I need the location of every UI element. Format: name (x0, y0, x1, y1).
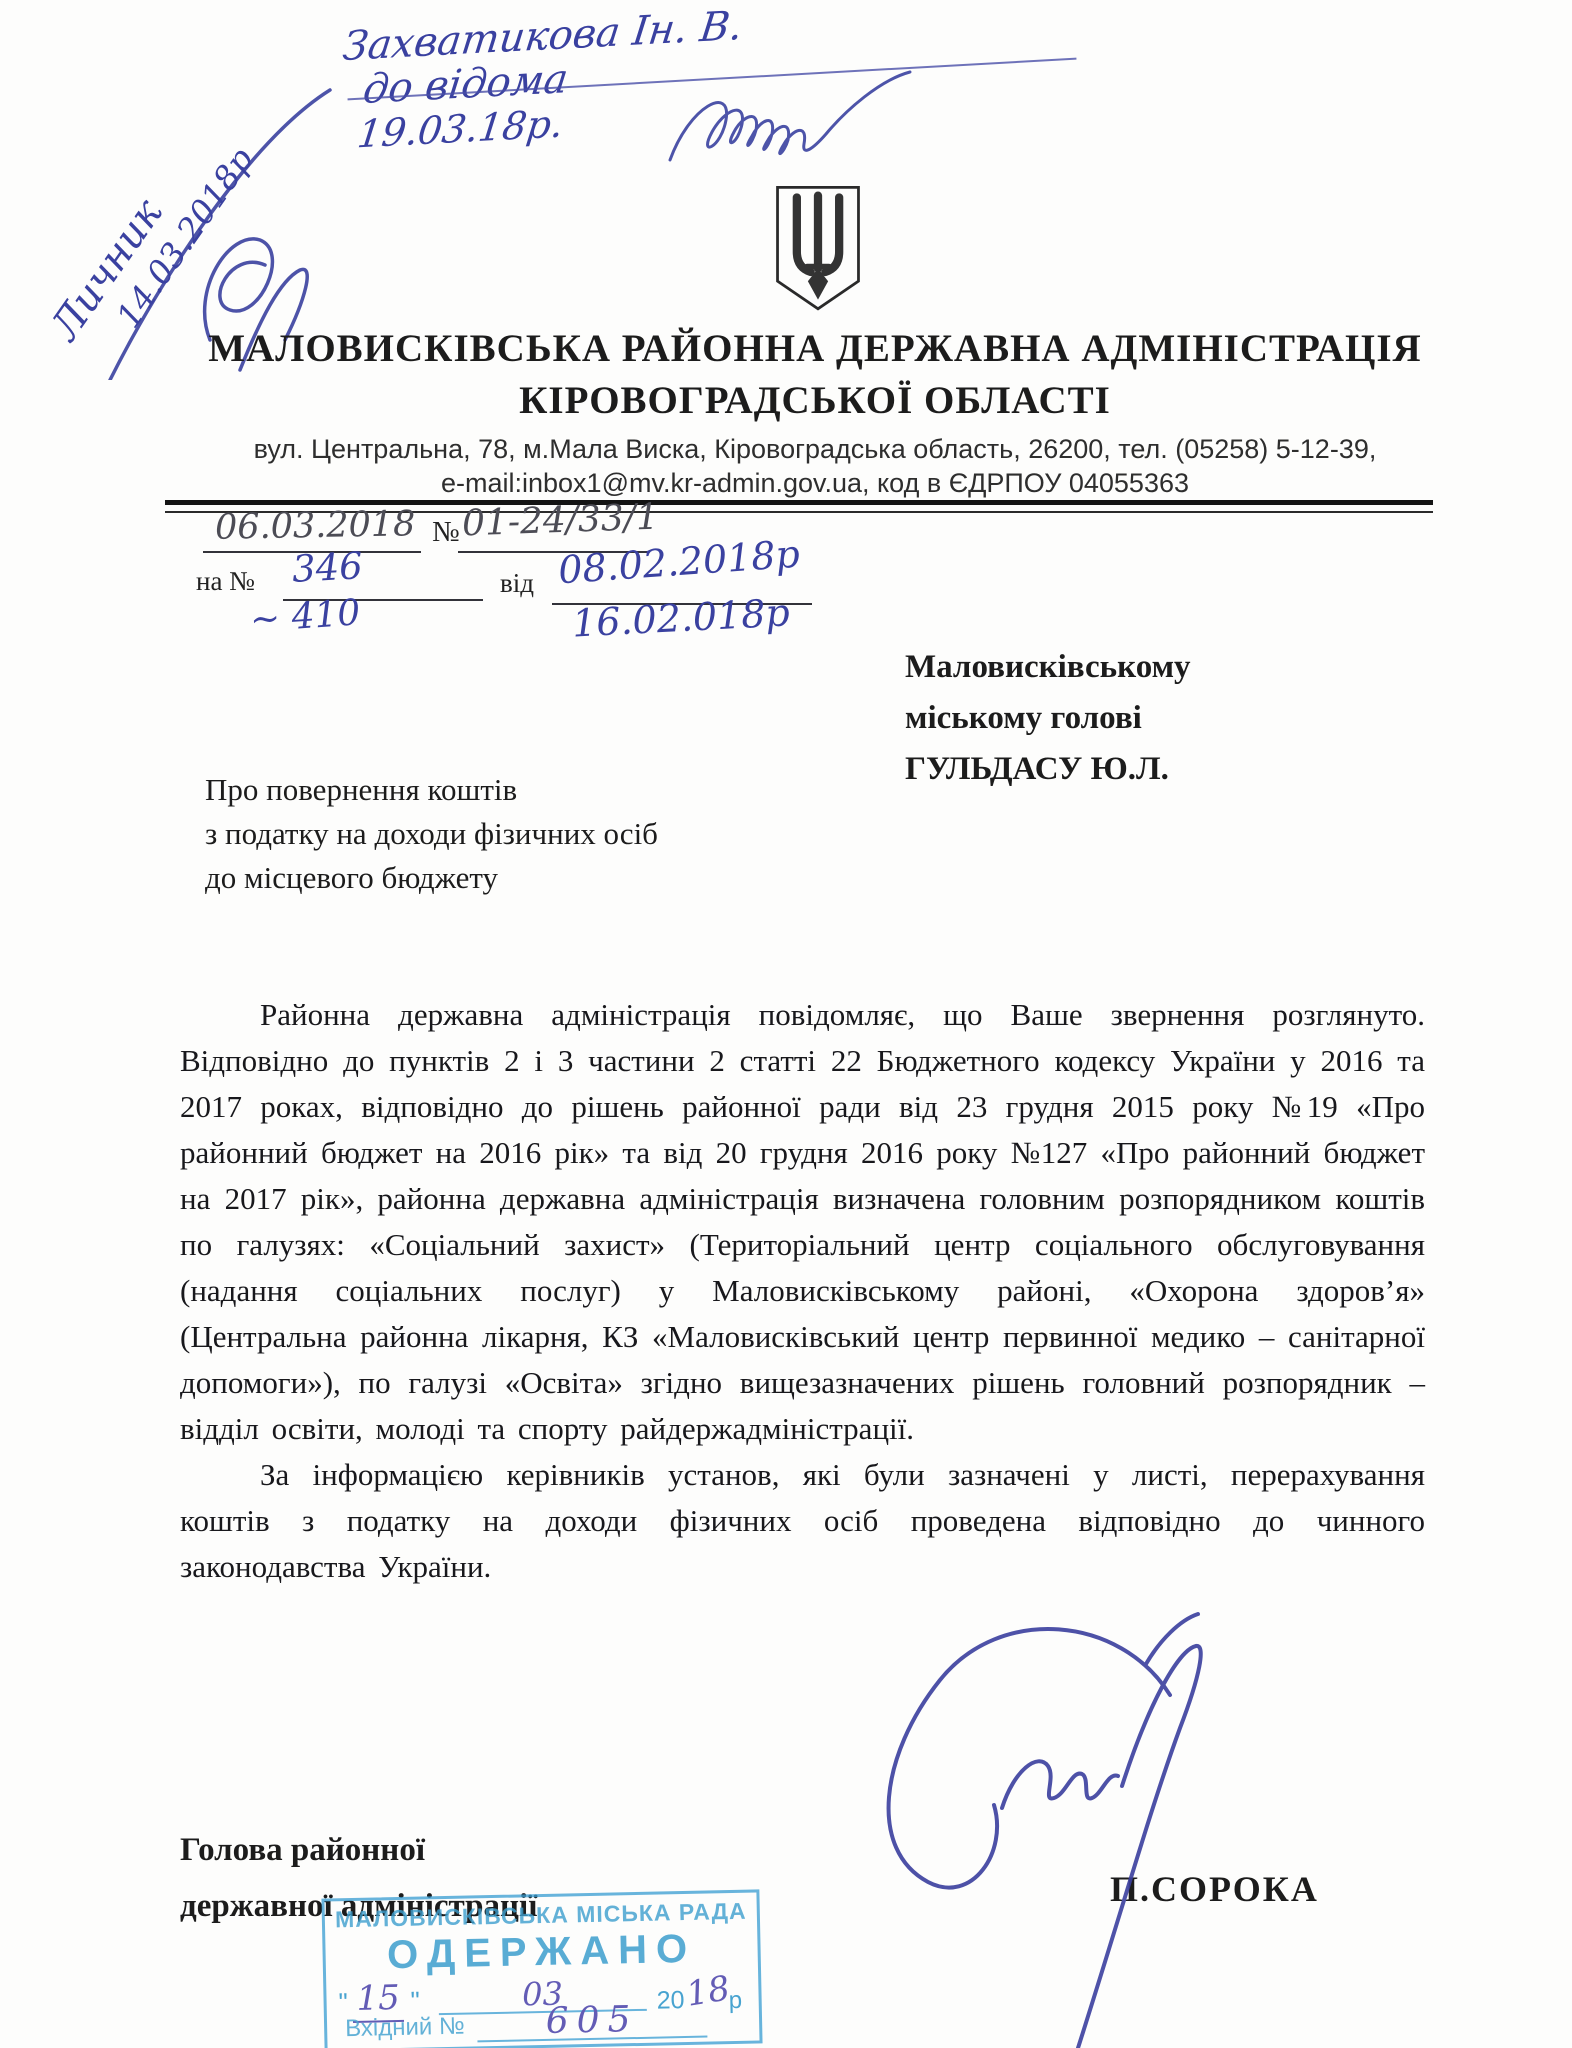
ref-from2-handwritten: 16.02.018р (571, 590, 791, 645)
subject-line1: Про повернення коштів (205, 768, 658, 812)
recipient-block: Маловисківському міському голові ГУЛЬДАС… (905, 642, 1191, 795)
recipient-line1: Маловисківському (905, 642, 1191, 693)
ukraine-trident-emblem-icon (772, 183, 864, 315)
stamp-incoming-number: 605 (545, 1999, 639, 2042)
org-address-line2: e-mail:inbox1@mv.kr-admin.gov.ua, код в … (190, 468, 1440, 499)
body-paragraph-1: Районна державна адміністрація повідомля… (180, 992, 1425, 1452)
ref-reply-label: на № (196, 566, 255, 597)
signer-name: П.СОРОКА (1110, 1868, 1319, 1910)
stamp-received-label: ОДЕРЖАНО (325, 1925, 758, 1979)
ref-from-handwritten: 08.02.2018р (557, 532, 801, 593)
recipient-line3: ГУЛЬДАСУ Ю.Л. (905, 744, 1191, 795)
stamp-day-quote-open: " (338, 1987, 348, 2018)
signer-title-line1: Голова районної (180, 1822, 537, 1878)
org-name-line1: МАЛОВИСКІВСЬКА РАЙОННА ДЕРЖАВНА АДМІНІСТ… (190, 326, 1440, 371)
diagonal-handwritten-note: Личник 14.03.2018р (42, 0, 347, 375)
recipient-line2: міському голові (905, 693, 1191, 744)
received-stamp: МАЛОВИСКІВСЬКА МІСЬКА РАДА ОДЕРЖАНО " 15… (321, 1889, 762, 2048)
letter-body: Районна державна адміністрація повідомля… (180, 992, 1425, 1590)
letterhead-divider-thick (165, 500, 1433, 505)
org-name-line2: КІРОВОГРАДСЬКОЇ ОБЛАСТІ (190, 378, 1440, 423)
body-paragraph-2: За інформацією керівників установ, які б… (180, 1452, 1425, 1590)
org-address-line1: вул. Центральна, 78, м.Мала Виска, Кіров… (190, 434, 1440, 465)
ref-reply-handwritten: 346 (291, 544, 364, 591)
stamp-incoming-label: Вхідний № (345, 2013, 465, 2043)
stamp-incoming-line: 605 (477, 1996, 708, 2043)
signer-signature-flourish (740, 1600, 1260, 2048)
diagonal-note-line1: Личник (42, 0, 309, 348)
stamp-year-suffix: р (728, 1987, 742, 2015)
ref-date-handwritten: 06.03.2018 (215, 504, 416, 547)
subject-block: Про повернення коштів з податку на доход… (205, 768, 658, 900)
subject-line2: з податку на доходи фізичних осіб (205, 812, 658, 856)
scanned-letter-page: Личник 14.03.2018р Захватикова Ін. В. до… (0, 0, 1572, 2048)
ref-number-handwritten: 01-24/33/1 (461, 497, 659, 545)
ref-reply2-handwritten: ~ 410 (249, 592, 362, 641)
ref-number-label: № (432, 516, 460, 549)
stamp-day-quote-close: " (410, 1986, 420, 2017)
ref-from-label: від (500, 568, 534, 599)
subject-line3: до місцевого бюджету (205, 856, 658, 900)
